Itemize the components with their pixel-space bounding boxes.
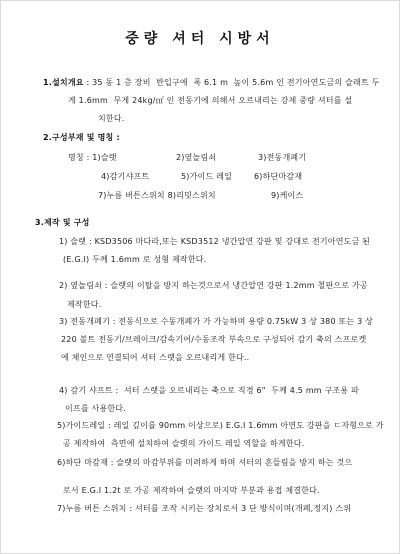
fabrication-line-3: 2) 옆놀림쇠 : 슬랫의 이탈을 방지 하는것으로서 냉간압연 강판 1.2m… bbox=[59, 280, 368, 292]
parts-row2-cell1: 4)감기샤프트 bbox=[101, 171, 149, 183]
fabrication-line-1: 1) 슬랫 : KSD3506 마다라,또는 KSD3512 냉간압연 강판 및… bbox=[59, 236, 370, 248]
parts-row3-cell2: 9)케이스 bbox=[271, 190, 303, 202]
section1-heading-line: 1.설치개요 : 35 동 1 층 장비 반입구에 폭 6.1 m 높이 5.6… bbox=[43, 77, 380, 89]
fabrication-line-5: 3) 전동개폐기 : 전동식으로 수동개폐가 가 가능하며 용량 0.75kW … bbox=[59, 316, 373, 328]
document-title: 중량 셔터 시방서 bbox=[1, 28, 399, 48]
parts-row2-cell3: 6)하단마감재 bbox=[254, 171, 302, 183]
parts-row1-cell1: 명칭 : 1)슬랫 bbox=[68, 152, 117, 164]
section2-heading: 2.구성부재 및 명칭 : bbox=[43, 132, 120, 144]
document-page: 중량 셔터 시방서 1.설치개요 : 35 동 1 층 장비 반입구에 폭 6.… bbox=[0, 0, 400, 554]
section1-text-line-3: 치한다. bbox=[98, 113, 125, 125]
fabrication-line-13: 로서 E.G.I 1.2t 로 가공 제작하여 슬랫의 마지막 부분과 용접 체… bbox=[63, 485, 320, 497]
fabrication-line-6: 220 볼트 전동기/브레이크/감속기어/수동조작 부속으로 구성되어 감기 축… bbox=[61, 334, 366, 346]
fabrication-line-8: 4) 감기 샤프트 : 셔터 스랫을 오르내리는 축으로 직경 6" 두께 4.… bbox=[59, 385, 359, 397]
fabrication-line-12: 6)하단 마감재 : 슬랫의 마감부위를 미려하게 하며 셔터의 흔들림을 방지… bbox=[57, 457, 352, 469]
fabrication-line-9: 이프를 사용한다. bbox=[65, 403, 126, 415]
section3-heading: 3.제작 및 구성 bbox=[35, 217, 90, 229]
section1-heading-label: 1.설치개요 bbox=[43, 78, 84, 87]
fabrication-line-2: (E.G.I) 두께 1.6mm 로 성형 제작한다. bbox=[63, 254, 206, 266]
fabrication-line-11: 공 제작하여 측면에 설치하여 슬랫의 가이드 레일 역할을 하게한다. bbox=[63, 438, 304, 450]
fabrication-line-4: 제작한다. bbox=[67, 299, 101, 311]
parts-row3-cell1: 7)누름 버튼스위치 8)리밋스위치 bbox=[98, 190, 216, 202]
section1-heading-text: : 35 동 1 층 장비 반입구에 폭 6.1 m 높이 5.6m 인 전기아… bbox=[84, 78, 380, 87]
parts-row1-cell3: 3)전동개폐기 bbox=[258, 152, 306, 164]
fabrication-line-10: 5)가이드레일 : 레일 깊이를 90mm 이상으로) E.G.I 1.6mm … bbox=[57, 420, 384, 432]
parts-row1-cell2: 2)옆놀림쇠 bbox=[176, 152, 216, 164]
fabrication-line-7: 에 체인으로 연결되어 셔터 스랫을 오르내리게 한다.. bbox=[61, 352, 249, 364]
parts-row2-cell2: 5)가이드 레일 bbox=[181, 171, 232, 183]
fabrication-line-14: 7)누름 버튼 스위치 : 셔터를 조작 시키는 장치로서 3 단 방식이며(개… bbox=[57, 503, 351, 515]
section1-text-line-2: 게 1.6mm 무게 24kg/㎡ 인 전동기에 의해서 오르내리는 강제 중량… bbox=[68, 95, 352, 107]
